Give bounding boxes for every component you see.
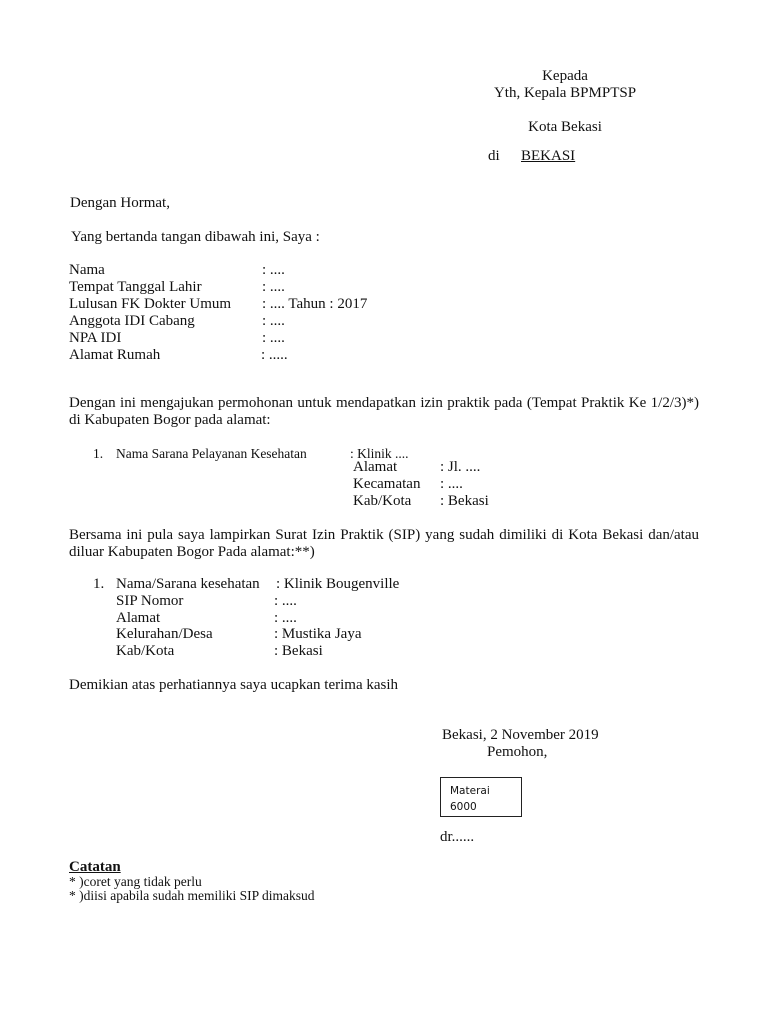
recipient-block: Kepada Yth, Kepala BPMPTSP Kota Bekasi [480, 68, 650, 136]
note-item: * )coret yang tidak perlu [69, 875, 314, 889]
applicant-role: Pemohon, [487, 744, 547, 761]
recipient-di-value: BEKASI [521, 148, 575, 165]
sip-label: Nama/Sarana kesehatan [116, 576, 260, 593]
identity-value: : .... [262, 262, 285, 279]
recipient-di-label: di [488, 148, 500, 165]
closing-text: Demikian atas perhatiannya saya ucapkan … [69, 677, 398, 694]
identity-label: Anggota IDI Cabang [69, 313, 195, 330]
identity-value: : .... [262, 279, 285, 296]
identity-label: Tempat Tanggal Lahir [69, 279, 202, 296]
sip-number: 1. [93, 576, 104, 593]
recipient-line-addressee: Yth, Kepala BPMPTSP [480, 85, 650, 102]
stamp-label: Materai [450, 783, 521, 799]
recipient-line-city: Kota Bekasi [480, 119, 650, 136]
identity-value: : ..... [261, 347, 288, 364]
sip-label: Kelurahan/Desa [116, 626, 213, 643]
notes-title: Catatan [69, 860, 314, 875]
salutation: Dengan Hormat, [70, 195, 170, 212]
attachment-paragraph: Bersama ini pula saya lampirkan Surat Iz… [69, 527, 699, 561]
sip-value: : .... [274, 610, 297, 627]
place-date: Bekasi, 2 November 2019 [442, 727, 599, 744]
identity-label: Alamat Rumah [69, 347, 160, 364]
practice-value: : Bekasi [440, 493, 489, 510]
stamp-value: 6000 [450, 799, 521, 815]
identity-value: : .... [262, 330, 285, 347]
sip-value: : Mustika Jaya [274, 626, 362, 643]
identity-label: Lulusan FK Dokter Umum [69, 296, 231, 313]
identity-label: NPA IDI [69, 330, 121, 347]
practice-number: 1. [93, 445, 103, 462]
intro-text: Yang bertanda tangan dibawah ini, Saya : [71, 229, 320, 246]
note-item: * )diisi apabila sudah memiliki SIP dima… [69, 889, 314, 903]
practice-label: Alamat [353, 459, 397, 476]
notes-section: Catatan * )coret yang tidak perlu * )dii… [69, 860, 314, 903]
sip-label: Kab/Kota [116, 643, 174, 660]
sip-value: : .... [274, 593, 297, 610]
identity-value: : .... [262, 313, 285, 330]
practice-label: Kecamatan [353, 476, 420, 493]
practice-value: : .... [440, 476, 463, 493]
sip-value: : Bekasi [274, 643, 323, 660]
identity-value: : .... Tahun : 2017 [262, 296, 367, 313]
stamp-box: Materai 6000 [440, 777, 522, 817]
practice-label: Kab/Kota [353, 493, 411, 510]
identity-label: Nama [69, 262, 105, 279]
sip-label: Alamat [116, 610, 160, 627]
sip-label: SIP Nomor [116, 593, 183, 610]
applicant-name: dr...... [440, 829, 474, 846]
request-paragraph: Dengan ini mengajukan permohonan untuk m… [69, 395, 699, 429]
practice-name-label: Nama Sarana Pelayanan Kesehatan [116, 445, 307, 462]
sip-value: : Klinik Bougenville [276, 576, 399, 593]
recipient-line-kepada: Kepada [480, 68, 650, 85]
practice-value: : Jl. .... [440, 459, 480, 476]
